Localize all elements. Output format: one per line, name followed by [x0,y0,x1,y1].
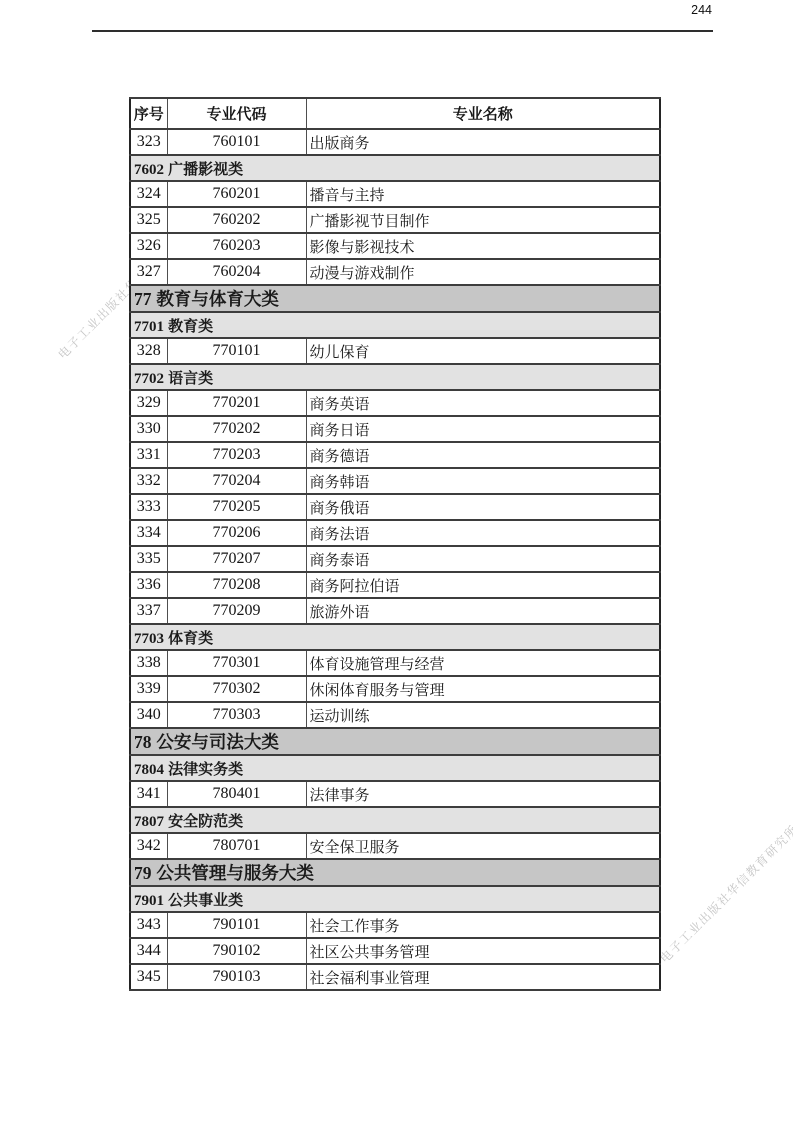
table-row: 325760202广播影视节目制作 [130,207,660,233]
section-label: 79 公共管理与服务大类 [130,859,660,886]
page-number: 244 [650,3,712,17]
cell-code: 780701 [167,833,306,859]
cell-index: 340 [130,702,167,728]
cell-code: 780401 [167,781,306,807]
cell-name: 体育设施管理与经营 [306,650,660,676]
cell-name: 出版商务 [306,129,660,155]
cell-index: 344 [130,938,167,964]
section-name: 教育与体育大类 [152,289,279,309]
section-label: 7701 教育类 [130,312,660,338]
cell-code: 760203 [167,233,306,259]
section-label: 7703 体育类 [130,624,660,650]
cell-name: 旅游外语 [306,598,660,624]
cell-index: 342 [130,833,167,859]
table-row: 326760203影像与影视技术 [130,233,660,259]
cell-code: 760202 [167,207,306,233]
cell-code: 770202 [167,416,306,442]
section-name: 教育类 [164,318,213,335]
table-row: 332770204商务韩语 [130,468,660,494]
cell-code: 770303 [167,702,306,728]
cell-code: 760201 [167,181,306,207]
column-header-index: 序号 [130,98,167,129]
cell-name: 动漫与游戏制作 [306,259,660,285]
table-row: 345790103社会福利事业管理 [130,964,660,990]
cell-index: 337 [130,598,167,624]
table-row: 338770301体育设施管理与经营 [130,650,660,676]
table-row: 344790102社区公共事务管理 [130,938,660,964]
cell-code: 760101 [167,129,306,155]
cell-index: 335 [130,546,167,572]
section-code: 7602 [134,162,164,178]
cell-code: 770208 [167,572,306,598]
table-row: 330770202商务日语 [130,416,660,442]
cell-index: 338 [130,650,167,676]
cell-code: 790101 [167,912,306,938]
section-row-sub: 7602 广播影视类 [130,155,660,181]
table-row: 342780701安全保卫服务 [130,833,660,859]
table-row: 343790101社会工作事务 [130,912,660,938]
table-row: 324760201播音与主持 [130,181,660,207]
cell-name: 播音与主持 [306,181,660,207]
section-label: 7807 安全防范类 [130,807,660,833]
section-code: 7804 [134,762,164,778]
cell-code: 770209 [167,598,306,624]
table-row: 333770205商务俄语 [130,494,660,520]
table-row: 339770302休闲体育服务与管理 [130,676,660,702]
section-code: 79 [134,863,152,883]
cell-index: 334 [130,520,167,546]
cell-index: 339 [130,676,167,702]
cell-index: 333 [130,494,167,520]
cell-name: 休闲体育服务与管理 [306,676,660,702]
section-row-major: 77 教育与体育大类 [130,285,660,312]
cell-index: 328 [130,338,167,364]
cell-code: 770207 [167,546,306,572]
section-name: 公共管理与服务大类 [152,863,314,883]
cell-name: 商务德语 [306,442,660,468]
section-name: 语言类 [164,370,213,387]
cell-index: 341 [130,781,167,807]
section-code: 78 [134,732,152,752]
cell-name: 商务俄语 [306,494,660,520]
cell-name: 运动训练 [306,702,660,728]
watermark-right: 电子工业出版社华信教育研究所 [656,821,793,967]
cell-name: 商务阿拉伯语 [306,572,660,598]
cell-index: 336 [130,572,167,598]
table-row: 327760204动漫与游戏制作 [130,259,660,285]
table-row: 341780401法律事务 [130,781,660,807]
column-header-name: 专业名称 [306,98,660,129]
section-name: 法律实务类 [164,761,243,778]
cell-code: 770101 [167,338,306,364]
cell-name: 法律事务 [306,781,660,807]
column-header-code: 专业代码 [167,98,306,129]
cell-index: 332 [130,468,167,494]
section-row-sub: 7702 语言类 [130,364,660,390]
cell-code: 790103 [167,964,306,990]
section-name: 公安与司法大类 [152,732,279,752]
table-row: 331770203商务德语 [130,442,660,468]
section-code: 7807 [134,814,164,830]
table-row: 323760101出版商务 [130,129,660,155]
cell-index: 326 [130,233,167,259]
cell-index: 327 [130,259,167,285]
section-code: 7702 [134,371,164,387]
table-header: 序号 专业代码 专业名称 [130,98,660,129]
section-label: 78 公安与司法大类 [130,728,660,755]
table-row: 336770208商务阿拉伯语 [130,572,660,598]
table-row: 335770207商务泰语 [130,546,660,572]
cell-name: 商务法语 [306,520,660,546]
section-row-major: 79 公共管理与服务大类 [130,859,660,886]
section-row-sub: 7804 法律实务类 [130,755,660,781]
cell-code: 770301 [167,650,306,676]
cell-code: 770205 [167,494,306,520]
cell-index: 324 [130,181,167,207]
section-row-sub: 7807 安全防范类 [130,807,660,833]
cell-name: 商务韩语 [306,468,660,494]
section-code: 7901 [134,893,164,909]
cell-code: 770204 [167,468,306,494]
cell-index: 331 [130,442,167,468]
cell-name: 社区公共事务管理 [306,938,660,964]
table-row: 329770201商务英语 [130,390,660,416]
cell-name: 商务英语 [306,390,660,416]
cell-name: 社会工作事务 [306,912,660,938]
cell-name: 影像与影视技术 [306,233,660,259]
cell-index: 343 [130,912,167,938]
cell-name: 社会福利事业管理 [306,964,660,990]
cell-code: 770203 [167,442,306,468]
cell-name: 广播影视节目制作 [306,207,660,233]
table-row: 328770101幼儿保育 [130,338,660,364]
majors-table: 序号 专业代码 专业名称 323760101出版商务7602 广播影视类3247… [129,97,661,991]
cell-code: 790102 [167,938,306,964]
table-row: 340770303运动训练 [130,702,660,728]
section-row-sub: 7703 体育类 [130,624,660,650]
cell-code: 760204 [167,259,306,285]
section-name: 体育类 [164,630,213,647]
cell-index: 329 [130,390,167,416]
section-row-major: 78 公安与司法大类 [130,728,660,755]
header-row: 序号 专业代码 专业名称 [130,98,660,129]
section-name: 公共事业类 [164,892,243,909]
section-label: 7702 语言类 [130,364,660,390]
header-rule [92,30,713,32]
section-row-sub: 7701 教育类 [130,312,660,338]
table-body: 323760101出版商务7602 广播影视类324760201播音与主持325… [130,129,660,990]
section-label: 7804 法律实务类 [130,755,660,781]
cell-index: 323 [130,129,167,155]
section-code: 7703 [134,631,164,647]
cell-code: 770201 [167,390,306,416]
cell-code: 770302 [167,676,306,702]
table-row: 334770206商务法语 [130,520,660,546]
cell-index: 325 [130,207,167,233]
section-name: 安全防范类 [164,813,243,830]
cell-name: 安全保卫服务 [306,833,660,859]
section-code: 7701 [134,319,164,335]
table-row: 337770209旅游外语 [130,598,660,624]
section-label: 7602 广播影视类 [130,155,660,181]
cell-name: 商务泰语 [306,546,660,572]
cell-name: 商务日语 [306,416,660,442]
cell-name: 幼儿保育 [306,338,660,364]
section-code: 77 [134,289,152,309]
section-label: 77 教育与体育大类 [130,285,660,312]
cell-index: 345 [130,964,167,990]
section-name: 广播影视类 [164,161,243,178]
cell-code: 770206 [167,520,306,546]
section-label: 7901 公共事业类 [130,886,660,912]
cell-index: 330 [130,416,167,442]
section-row-sub: 7901 公共事业类 [130,886,660,912]
